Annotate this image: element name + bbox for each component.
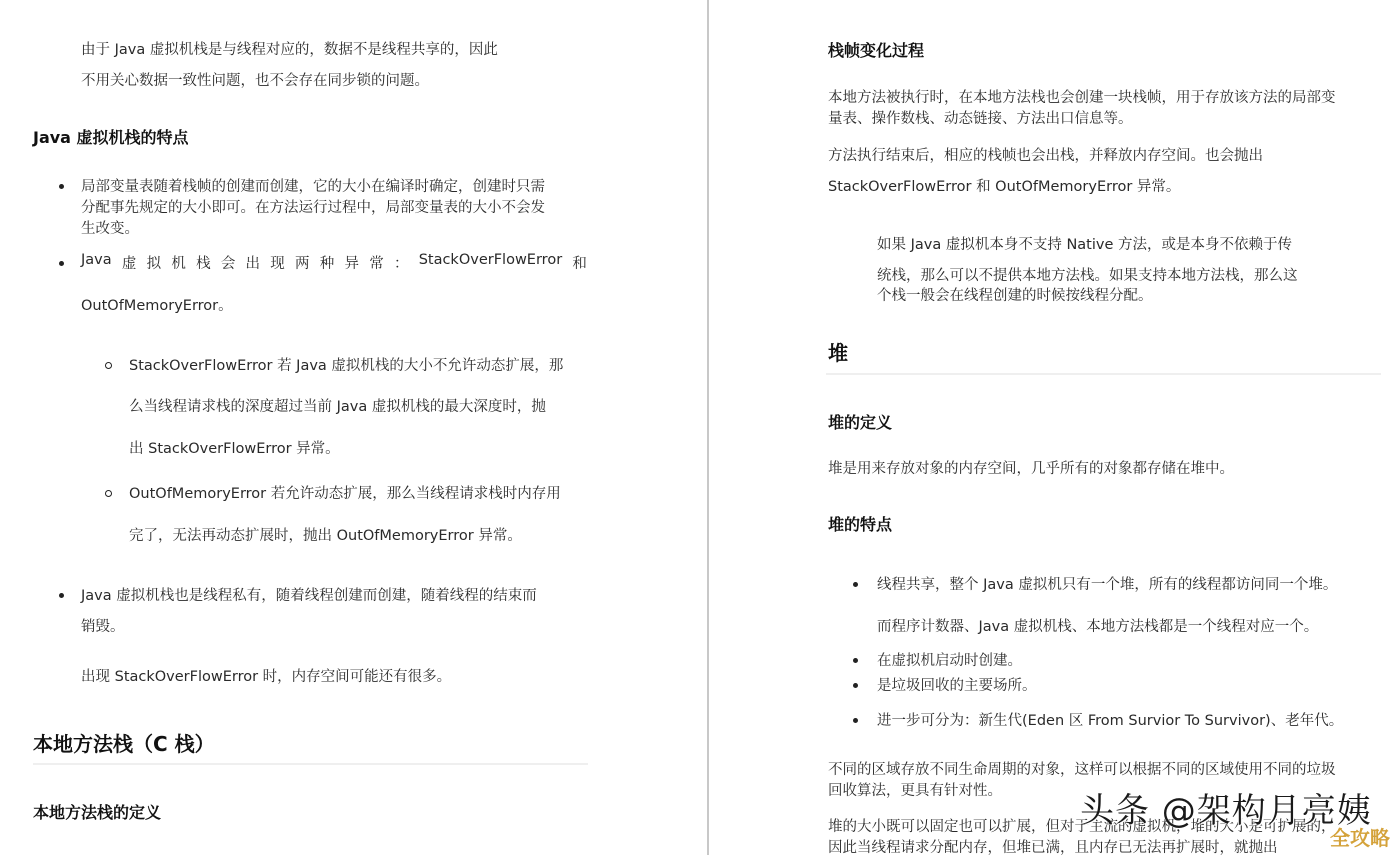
heap-feature-1-line-1: 线程共享，整个 Java 虚拟机只有一个堆，所有的线程都访问同一个堆。 bbox=[877, 573, 1337, 594]
native-note-line-2: 统栈，那么可以不提供本地方法栈。如果支持本地方法栈，那么这 bbox=[877, 264, 1298, 285]
native-note-line-1: 如果 Java 虚拟机本身不支持 Native 方法，或是本身不依赖于传 bbox=[877, 233, 1292, 254]
sub-bullet-2-line-1: OutOfMemoryError 若允许动态扩展，那么当线程请求栈时内存用 bbox=[129, 482, 561, 503]
text-fragment: 机 bbox=[171, 252, 186, 273]
text-fragment: 出 bbox=[246, 252, 261, 273]
heap-size-line-2: 因此当线程请求分配内存，但堆已满，且内存已无法再扩展时，就抛出 bbox=[828, 836, 1278, 855]
frame-para2-line-1: 方法执行结束后，相应的栈帧也会出栈，并释放内存空间。也会抛出 bbox=[828, 144, 1263, 165]
bullet-3-line-1: Java 虚拟机栈也是线程私有，随着线程创建而创建，随着线程的结束而 bbox=[81, 584, 537, 605]
bullet-icon bbox=[853, 718, 858, 723]
page-divider bbox=[707, 0, 709, 855]
left-page: 由于 Java 虚拟机栈是与线程对应的，数据不是线程共享的，因此 不用关心数据一… bbox=[0, 0, 700, 855]
bullet-2-line-2: OutOfMemoryError。 bbox=[81, 294, 233, 315]
intro-note-line-1: 由于 Java 虚拟机栈是与线程对应的，数据不是线程共享的，因此 bbox=[81, 38, 498, 59]
native-note-line-3: 个栈一般会在线程创建的时候按线程分配。 bbox=[877, 284, 1153, 305]
heap-feature-4: 进一步可分为：新生代(Eden 区 From Survior To Surviv… bbox=[877, 709, 1343, 730]
heading-heap: 堆 bbox=[828, 337, 848, 366]
text-fragment: 拟 bbox=[147, 252, 162, 273]
heading-native-stack-definition: 本地方法栈的定义 bbox=[33, 800, 161, 823]
text-fragment: 异 bbox=[344, 252, 359, 273]
text-fragment: 栈 bbox=[196, 252, 211, 273]
bullet-3-line-2: 销毁。 bbox=[81, 615, 125, 636]
text-fragment: 常 bbox=[369, 252, 384, 273]
heading-heap-features: 堆的特点 bbox=[828, 512, 892, 535]
heap-feature-1-line-2: 而程序计数器、Java 虚拟机栈、本地方法栈都是一个线程对应一个。 bbox=[877, 615, 1318, 636]
bullet-icon bbox=[59, 261, 64, 266]
text-fragment: 虚 bbox=[122, 252, 137, 273]
bullet-icon bbox=[59, 593, 64, 598]
heap-regions-line-1: 不同的区域存放不同生命周期的对象，这样可以根据不同的区域使用不同的垃圾 bbox=[828, 758, 1336, 779]
heap-feature-3: 是垃圾回收的主要场所。 bbox=[877, 674, 1037, 695]
watermark-badge: 全攻略 bbox=[1330, 822, 1390, 851]
frame-para1-line-1: 本地方法被执行时，在本地方法栈也会创建一块栈帧，用于存放该方法的局部变 bbox=[828, 86, 1336, 107]
heading-jvm-stack-features: Java 虚拟机栈的特点 bbox=[33, 125, 189, 148]
text-fragment: ： bbox=[394, 252, 409, 273]
intro-note-line-2: 不用关心数据一致性问题，也不会存在同步锁的问题。 bbox=[81, 69, 429, 90]
heading-native-method-stack: 本地方法栈（C 栈） bbox=[33, 728, 215, 757]
bullet-1-line-3: 生改变。 bbox=[81, 217, 139, 238]
text-fragment: 和 bbox=[572, 252, 587, 273]
circle-bullet-icon bbox=[105, 490, 112, 497]
heap-regions-line-2: 回收算法，更具有针对性。 bbox=[828, 779, 1002, 800]
heading-frame-changes: 栈帧变化过程 bbox=[828, 38, 924, 61]
bullet-icon bbox=[853, 582, 858, 587]
sub-bullet-1-line-3: 出 StackOverFlowError 异常。 bbox=[129, 437, 340, 458]
text-fragment: Java bbox=[81, 252, 112, 273]
section-rule bbox=[826, 373, 1381, 375]
frame-para2-line-2: StackOverFlowError 和 OutOfMemoryError 异常… bbox=[828, 175, 1180, 196]
heap-feature-2: 在虚拟机启动时创建。 bbox=[877, 649, 1022, 670]
sub-bullet-1-line-1: StackOverFlowError 若 Java 虚拟机栈的大小不允许动态扩展… bbox=[129, 354, 563, 375]
bullet-1-line-2: 分配事先规定的大小即可。在方法运行过程中，局部变量表的大小不会发 bbox=[81, 196, 545, 217]
bullet-icon bbox=[853, 683, 858, 688]
text-fragment: 种 bbox=[320, 252, 335, 273]
text-fragment: 现 bbox=[270, 252, 285, 273]
sub-bullet-2-line-2: 完了，无法再动态扩展时，抛出 OutOfMemoryError 异常。 bbox=[129, 524, 522, 545]
bullet-icon bbox=[853, 658, 858, 663]
bullet-2-line-1: Java 虚 拟 机 栈 会 出 现 两 种 异 常 ： StackOverFl… bbox=[81, 252, 587, 273]
bullet-1-line-1: 局部变量表随着栈帧的创建而创建，它的大小在编译时确定，创建时只需 bbox=[81, 175, 545, 196]
text-fragment: 两 bbox=[295, 252, 310, 273]
right-page: 栈帧变化过程 本地方法被执行时，在本地方法栈也会创建一块栈帧，用于存放该方法的局… bbox=[710, 0, 1397, 855]
section-rule bbox=[33, 763, 588, 765]
circle-bullet-icon bbox=[105, 362, 112, 369]
heap-definition-text: 堆是用来存放对象的内存空间，几乎所有的对象都存储在堆中。 bbox=[828, 457, 1234, 478]
watermark-text: 头条 @架构月亮姨 bbox=[1080, 783, 1372, 832]
document-view: 由于 Java 虚拟机栈是与线程对应的，数据不是线程共享的，因此 不用关心数据一… bbox=[0, 0, 1397, 855]
heading-heap-definition: 堆的定义 bbox=[828, 410, 892, 433]
text-fragment: 会 bbox=[221, 252, 236, 273]
bullet-icon bbox=[59, 184, 64, 189]
sub-bullet-1-line-2: 么当线程请求栈的深度超过当前 Java 虚拟机栈的最大深度时，抛 bbox=[129, 395, 546, 416]
text-fragment: StackOverFlowError bbox=[419, 252, 562, 273]
stack-overflow-note: 出现 StackOverFlowError 时，内存空间可能还有很多。 bbox=[81, 665, 451, 686]
frame-para1-line-2: 量表、操作数栈、动态链接、方法出口信息等。 bbox=[828, 107, 1133, 128]
